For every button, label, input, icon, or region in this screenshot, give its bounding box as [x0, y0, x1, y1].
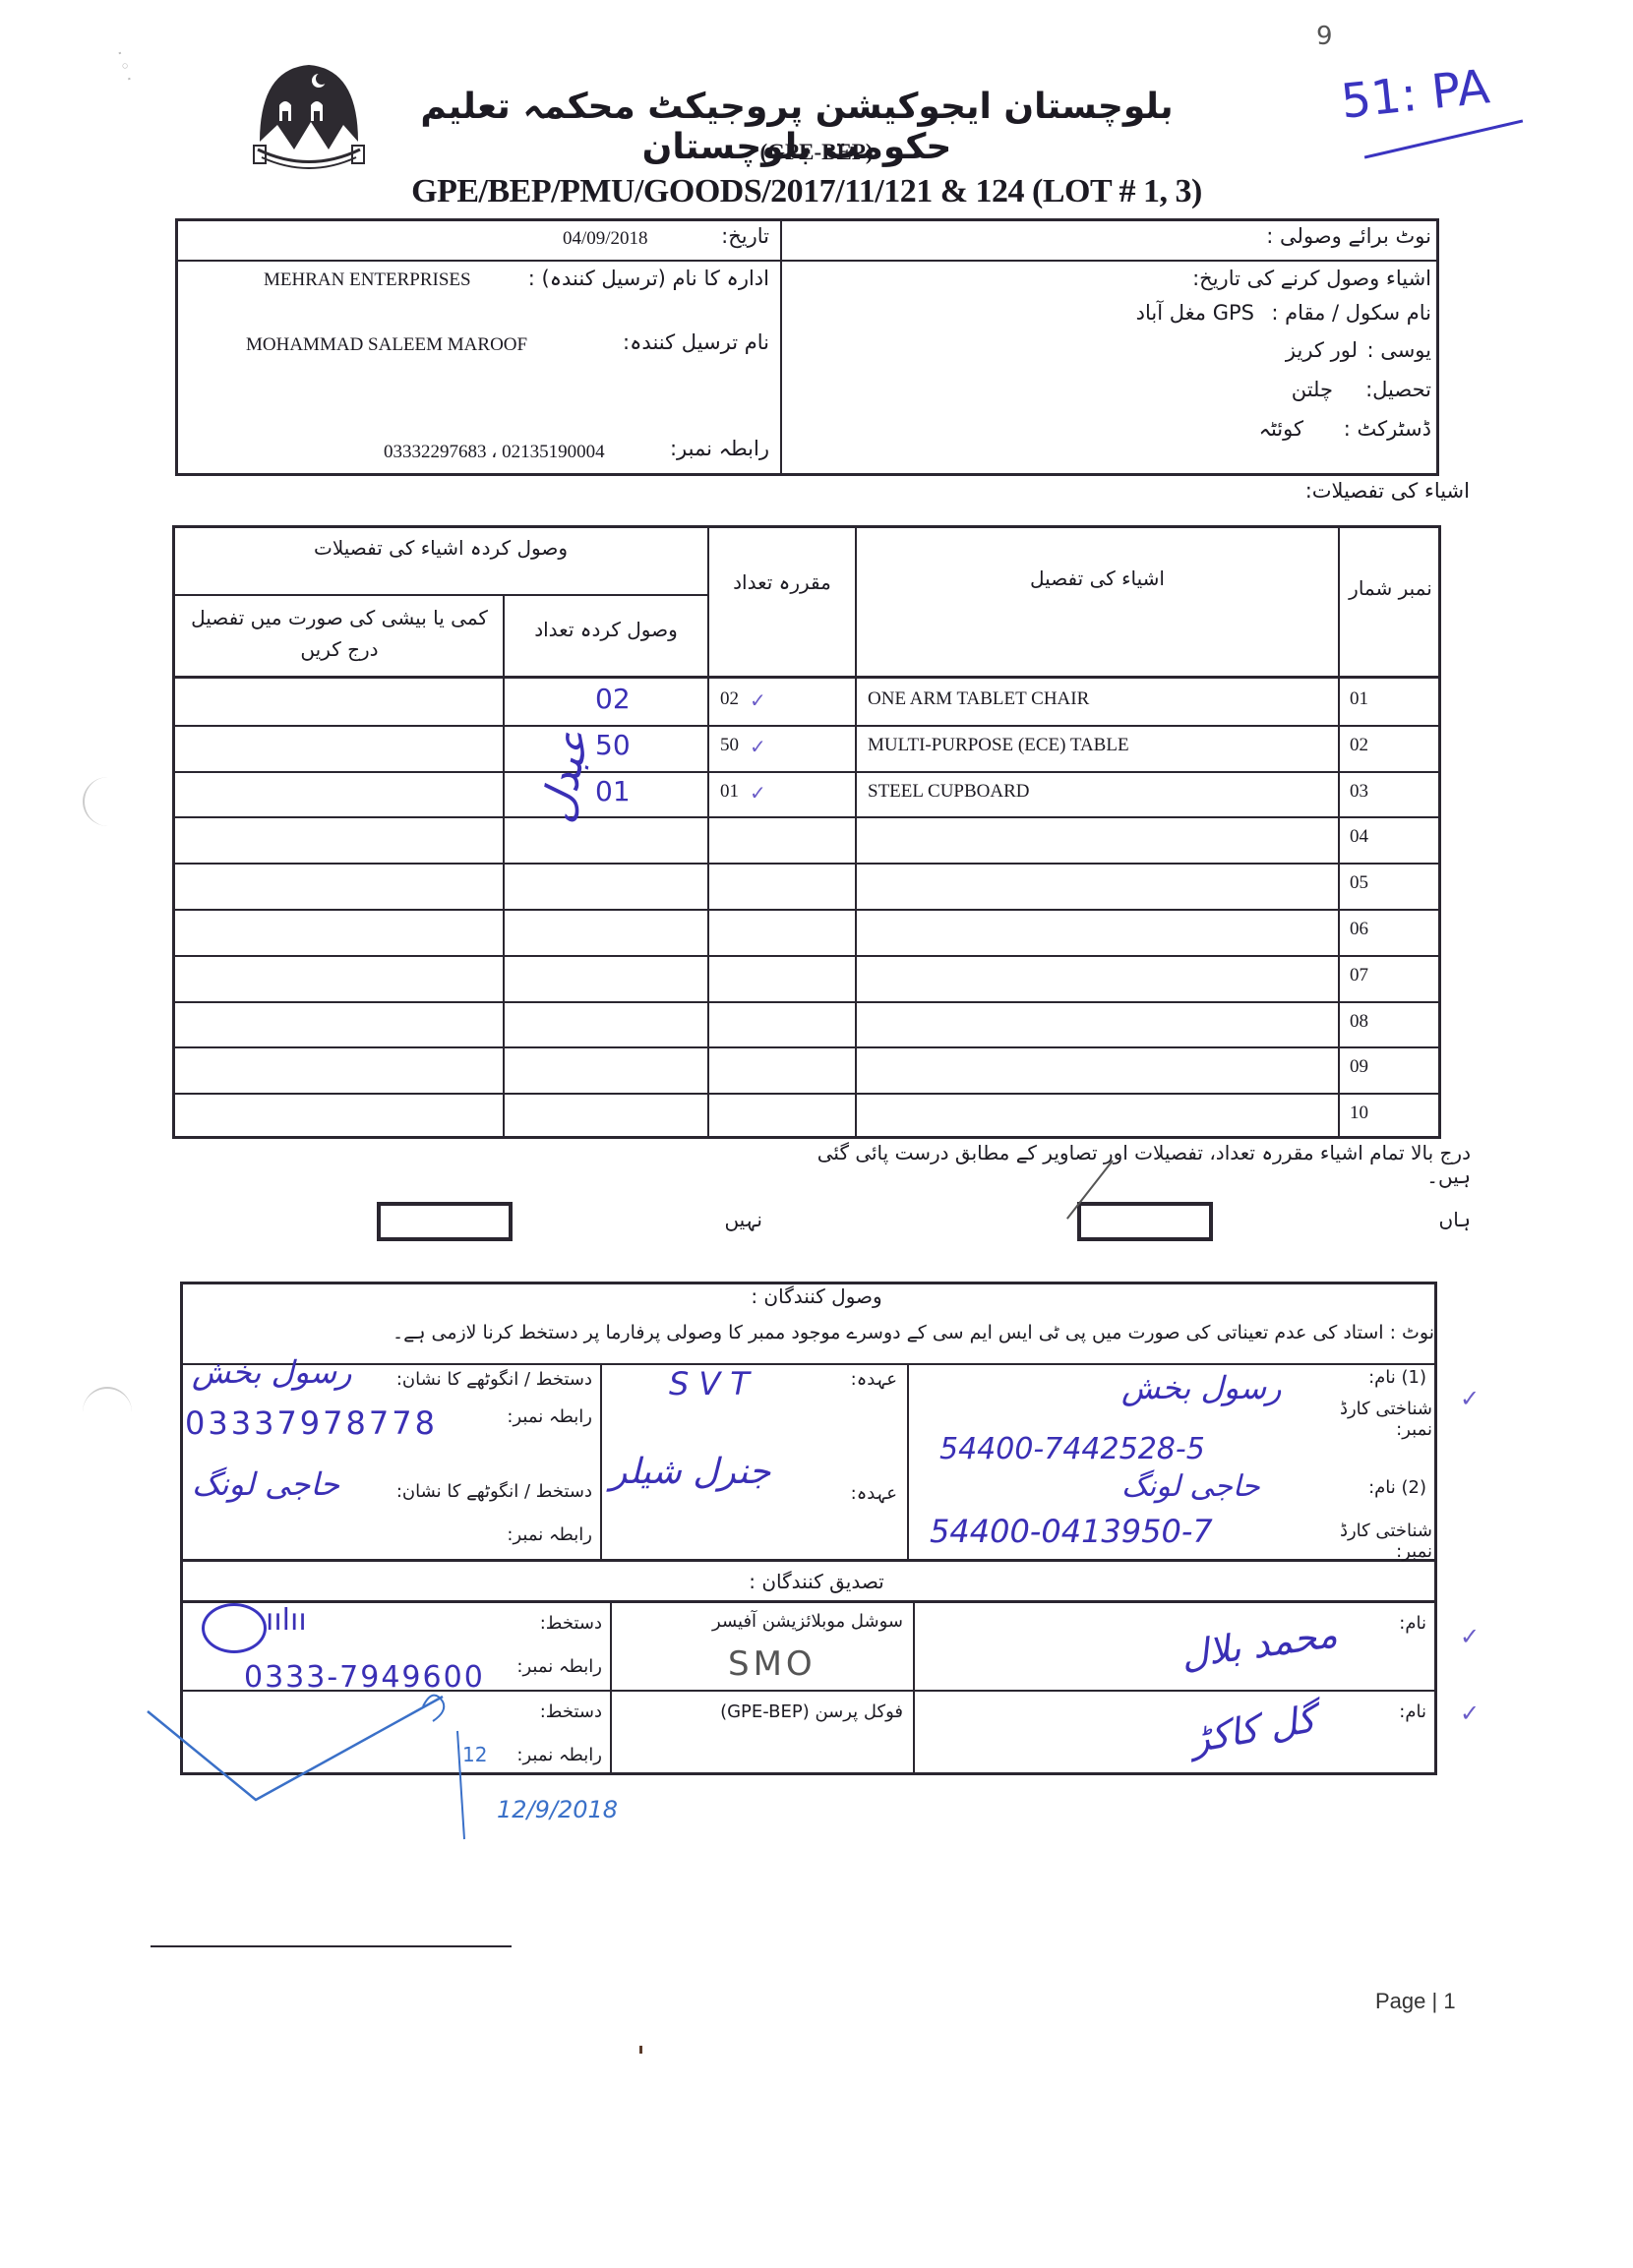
contact-value: 03332297683 ، 02135190004	[384, 441, 605, 463]
designation-label-2: عہدہ:	[836, 1483, 897, 1504]
contact-label-1: رابطہ نمبر:	[497, 1406, 592, 1427]
row-divider	[172, 909, 1441, 911]
balochistan-emblem-icon	[250, 51, 368, 174]
row-divider	[172, 771, 1441, 773]
receiver-1-designation: SVT	[669, 1365, 759, 1403]
school-value: GPS مغل آباد	[1121, 301, 1254, 325]
receiver-2-designation: جنرل شیلر	[610, 1452, 770, 1492]
page-number: Page | 1	[1375, 1989, 1456, 2014]
divider	[175, 260, 1439, 262]
header-serial: نمبر شمار	[1340, 576, 1441, 600]
date-label: تاریخ:	[689, 224, 769, 248]
received-qty-cell: 02	[595, 683, 631, 715]
header-received-group: وصول کردہ اشیاء کی تفصیلات	[174, 536, 707, 560]
binder-hole	[83, 777, 134, 826]
receivers-note: نوٹ : استاد کی عدم تعیناتی کی صورت میں پ…	[364, 1322, 1434, 1343]
header-shortfall-details: کمی یا بیشی کی صورت میں تفصیل درج کریں	[187, 602, 492, 665]
serial-cell: 07	[1350, 965, 1368, 986]
tehsil-value: چلتن	[1249, 378, 1333, 401]
footnote-rule	[151, 1945, 512, 1947]
serial-cell: 10	[1350, 1103, 1368, 1124]
divider	[610, 1601, 612, 1775]
prescribed-qty-cell: 02	[720, 688, 739, 710]
ink-speck	[639, 2046, 642, 2054]
serial-cell: 04	[1350, 826, 1368, 848]
serial-cell: 08	[1350, 1011, 1368, 1033]
verifiers-title: تصدیق کنندگان :	[590, 1570, 1043, 1593]
check-mark-icon: ✓	[750, 781, 766, 805]
row-divider	[172, 1093, 1441, 1095]
serial-cell: 09	[1350, 1056, 1368, 1078]
cnic-label-1: شناختی کارڈ نمبر:	[1299, 1399, 1432, 1440]
school-label: نام سکول / مقام :	[1254, 301, 1431, 325]
sender-value: MOHAMMAD SALEEM MAROOF	[246, 334, 527, 356]
description-cell: ONE ARM TABLET CHAIR	[868, 688, 1089, 710]
description-cell: STEEL CUPBOARD	[868, 781, 1030, 803]
yes-label: ہاں	[1431, 1208, 1471, 1231]
row-divider	[172, 1046, 1441, 1048]
contact-label: رابطہ نمبر:	[679, 437, 769, 460]
binder-hole	[83, 1387, 132, 1438]
serial-cell: 06	[1350, 919, 1368, 940]
confirmation-statement: درج بالا تمام اشیاء مقررہ تعداد، تفصیلات…	[777, 1141, 1471, 1188]
verifier-1-contact-label: رابطہ نمبر:	[512, 1656, 602, 1677]
receipt-date-label: اشیاء وصول کرنے کی تاریخ:	[1131, 267, 1431, 290]
serial-cell: 01	[1350, 688, 1368, 710]
receiver-2-cnic: 54400-0413950-7	[930, 1513, 1213, 1550]
header-received-qty: وصول کردہ تعداد	[505, 618, 707, 641]
yes-checkbox[interactable]	[1077, 1202, 1213, 1241]
verifier-2-date-part: 12	[462, 1743, 487, 1766]
header-prescribed-qty: مقررہ تعداد	[709, 570, 855, 594]
verifier-2-date: 12/9/2018	[497, 1796, 618, 1823]
verifier-2-name-label: نام:	[1377, 1701, 1426, 1722]
divider	[172, 594, 709, 596]
row-divider	[172, 863, 1441, 865]
name-label-2: (2) نام:	[1328, 1477, 1426, 1498]
row-divider	[172, 725, 1441, 727]
check-mark-icon: ✓	[1460, 1385, 1480, 1412]
margin-scribbles: · ◦ ·	[98, 59, 157, 452]
sender-label: نام ترسیل کنندہ:	[620, 330, 769, 354]
verifier-1-signature-scrawl: ıılıı	[266, 1603, 307, 1638]
check-mark-icon: ✓	[1460, 1623, 1480, 1650]
handwritten-page-code: 51: PA	[1338, 59, 1491, 129]
verifier-1-role-handwritten: SMO	[728, 1644, 816, 1684]
row-divider	[172, 1001, 1441, 1003]
uc-label: یوسی :	[1362, 338, 1431, 362]
name-label-1: (1) نام:	[1328, 1367, 1426, 1388]
reference-number: GPE/BEP/PMU/GOODS/2017/11/121 & 124 (LOT…	[364, 173, 1249, 210]
handwritten-underline	[1364, 119, 1523, 158]
receiver-2-signature: حاجی لونگ	[192, 1465, 339, 1503]
receiver-1-contact: 03337978778	[185, 1404, 438, 1442]
signature-label-2: دستخط / انگوٹھے کا نشان:	[374, 1481, 592, 1502]
designation-label-1: عہدہ:	[836, 1369, 897, 1390]
no-label: نہیں	[723, 1208, 762, 1231]
divider	[180, 1363, 1437, 1365]
check-mark-icon: ✓	[750, 735, 766, 758]
divider	[913, 1601, 915, 1775]
description-cell: MULTI-PURPOSE (ECE) TABLE	[868, 735, 1129, 756]
row-divider	[172, 816, 1441, 818]
divider	[172, 676, 1441, 679]
tehsil-label: تحصیل:	[1353, 378, 1431, 401]
receiver-1-name: رسول بخش	[1121, 1369, 1282, 1406]
serial-cell: 05	[1350, 872, 1368, 894]
verifier-1-signature-icon	[202, 1603, 267, 1653]
signature-label-1: دستخط / انگوٹھے کا نشان:	[374, 1369, 592, 1390]
date-value: 04/09/2018	[563, 228, 648, 250]
check-mark-icon: ✓	[750, 688, 766, 712]
divider	[907, 1363, 909, 1560]
organization-abbreviation: (GPE-BEP)	[590, 140, 1043, 165]
supplier-value: MEHRAN ENTERPRISES	[264, 269, 471, 291]
verifier-1-signature-label: دستخط:	[512, 1613, 602, 1634]
uc-value: لور کریز	[1249, 338, 1358, 362]
no-checkbox[interactable]	[377, 1202, 513, 1241]
received-qty-cell: 50	[595, 729, 631, 761]
items-section-label: اشیاء کی تفصیلات:	[1249, 479, 1470, 503]
verifier-1-contact: 0333-7949600	[244, 1660, 485, 1695]
header-description: اشیاء کی تفصیل	[857, 567, 1338, 590]
handwritten-mark: 9	[1316, 22, 1333, 51]
prescribed-qty-cell: 50	[720, 735, 739, 756]
check-mark-icon: ✓	[1460, 1700, 1480, 1727]
divider	[180, 1559, 1437, 1562]
receiver-2-name: حاجی لونگ	[1121, 1469, 1260, 1504]
supplier-label: ادارہ کا نام (ترسیل کنندہ) :	[536, 267, 769, 290]
divider	[600, 1363, 602, 1560]
receivers-title: وصول کنندگان :	[590, 1284, 1043, 1308]
serial-cell: 02	[1350, 735, 1368, 756]
verifier-1-name-label: نام:	[1377, 1613, 1426, 1634]
verifier-2-signature-stroke	[138, 1692, 531, 1849]
serial-cell: 03	[1350, 781, 1368, 803]
verifier-1-role: سوشل موبلائزیشن آفیسر	[689, 1611, 903, 1632]
district-label: ڈسٹرکٹ :	[1333, 417, 1431, 441]
received-qty-cell: 01	[595, 775, 631, 807]
contact-label-2: رابطہ نمبر:	[497, 1524, 592, 1545]
row-divider	[172, 955, 1441, 957]
cnic-label-2: شناختی کارڈ نمبر:	[1299, 1521, 1432, 1562]
prescribed-qty-cell: 01	[720, 781, 739, 803]
district-value: کوئٹہ	[1220, 417, 1303, 441]
receiver-1-cnic: 54400-7442528-5	[939, 1432, 1205, 1466]
receiver-1-signature: رسول بخش	[192, 1353, 352, 1391]
verifier-2-role: فوکل پرسن (GPE-BEP)	[689, 1701, 903, 1722]
note-label: نوٹ برائے وصولی :	[1180, 224, 1431, 248]
divider	[180, 1600, 1437, 1603]
divider	[780, 218, 782, 476]
